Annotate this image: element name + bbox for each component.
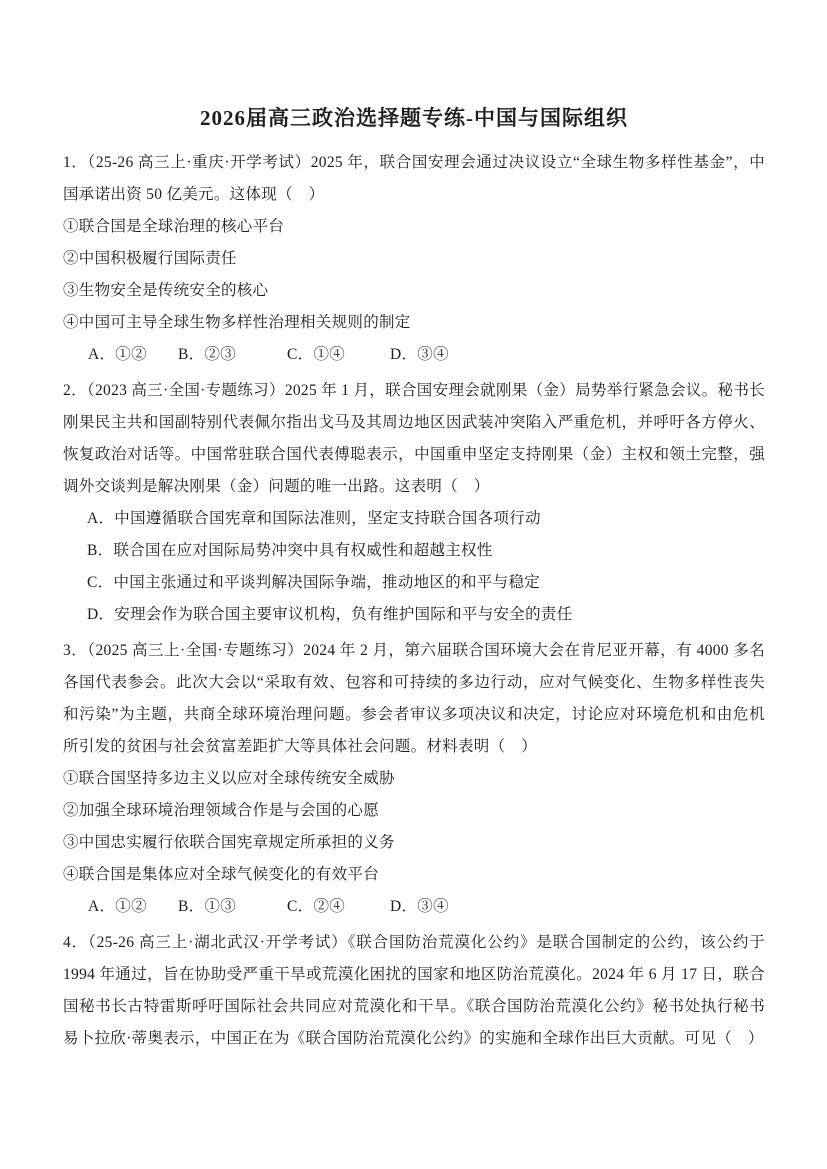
question-2: 2．（2023 高三·全国·专题练习）2025 年 1 月，联合国安理会就刚果（… [63, 375, 765, 631]
question-4: 4．（25-26 高三上·湖北武汉·开学考试）《联合国防治荒漠化公约》是联合国制… [63, 927, 765, 1055]
q1-choice-c: C．①④ [287, 339, 345, 371]
question-3: 3．（2025 高三上·全国·专题练习）2024 年 2 月，第六届联合国环境大… [63, 635, 765, 923]
question-1-statement-3: ③生物安全是传统安全的核心 [63, 275, 765, 307]
q2-choice-c: C．中国主张通过和平谈判解决国际争端，推动地区的和平与稳定 [63, 567, 765, 599]
question-3-statement-1: ①联合国坚持多边主义以应对全球传统安全威胁 [63, 763, 765, 795]
question-2-stem: 2．（2023 高三·全国·专题练习）2025 年 1 月，联合国安理会就刚果（… [63, 375, 765, 503]
question-4-stem: 4．（25-26 高三上·湖北武汉·开学考试）《联合国防治荒漠化公约》是联合国制… [63, 927, 765, 1055]
q2-choice-d: D．安理会作为联合国主要审议机构，负有维护国际和平与安全的责任 [63, 599, 765, 631]
question-3-statement-3: ③中国忠实履行依联合国宪章规定所承担的义务 [63, 827, 765, 859]
q1-choice-b: B．②③ [178, 339, 236, 371]
question-1-stem: 1．（25-26 高三上·重庆·开学考试）2025 年，联合国安理会通过决议设立… [63, 147, 765, 211]
question-3-statement-4: ④联合国是集体应对全球气候变化的有效平台 [63, 859, 765, 891]
question-1-statement-1: ①联合国是全球治理的核心平台 [63, 211, 765, 243]
question-3-stem: 3．（2025 高三上·全国·专题练习）2024 年 2 月，第六届联合国环境大… [63, 635, 765, 763]
q2-choice-a: A．中国遵循联合国宪章和国际法准则，坚定支持联合国各项行动 [63, 503, 765, 535]
q3-choice-b: B．①③ [178, 891, 236, 923]
exam-document-page: 2026届高三政治选择题专练-中国与国际组织 1．（25-26 高三上·重庆·开… [0, 0, 827, 1169]
question-1-statement-4: ④中国可主导全球生物多样性治理相关规则的制定 [63, 307, 765, 339]
question-3-choice-row: A．①② B．①③ C．②④ D．③④ [63, 891, 765, 923]
document-title: 2026届高三政治选择题专练-中国与国际组织 [63, 103, 765, 133]
question-1: 1．（25-26 高三上·重庆·开学考试）2025 年，联合国安理会通过决议设立… [63, 147, 765, 371]
q3-choice-d: D．③④ [390, 891, 449, 923]
q3-choice-a: A．①② [88, 891, 147, 923]
q1-choice-d: D．③④ [390, 339, 449, 371]
q1-choice-a: A．①② [88, 339, 147, 371]
q3-choice-c: C．②④ [287, 891, 345, 923]
question-3-statement-2: ②加强全球环境治理领域合作是与会国的心愿 [63, 795, 765, 827]
question-1-choice-row: A．①② B．②③ C．①④ D．③④ [63, 339, 765, 371]
question-1-statement-2: ②中国积极履行国际责任 [63, 243, 765, 275]
q2-choice-b: B．联合国在应对国际局势冲突中具有权威性和超越主权性 [63, 535, 765, 567]
